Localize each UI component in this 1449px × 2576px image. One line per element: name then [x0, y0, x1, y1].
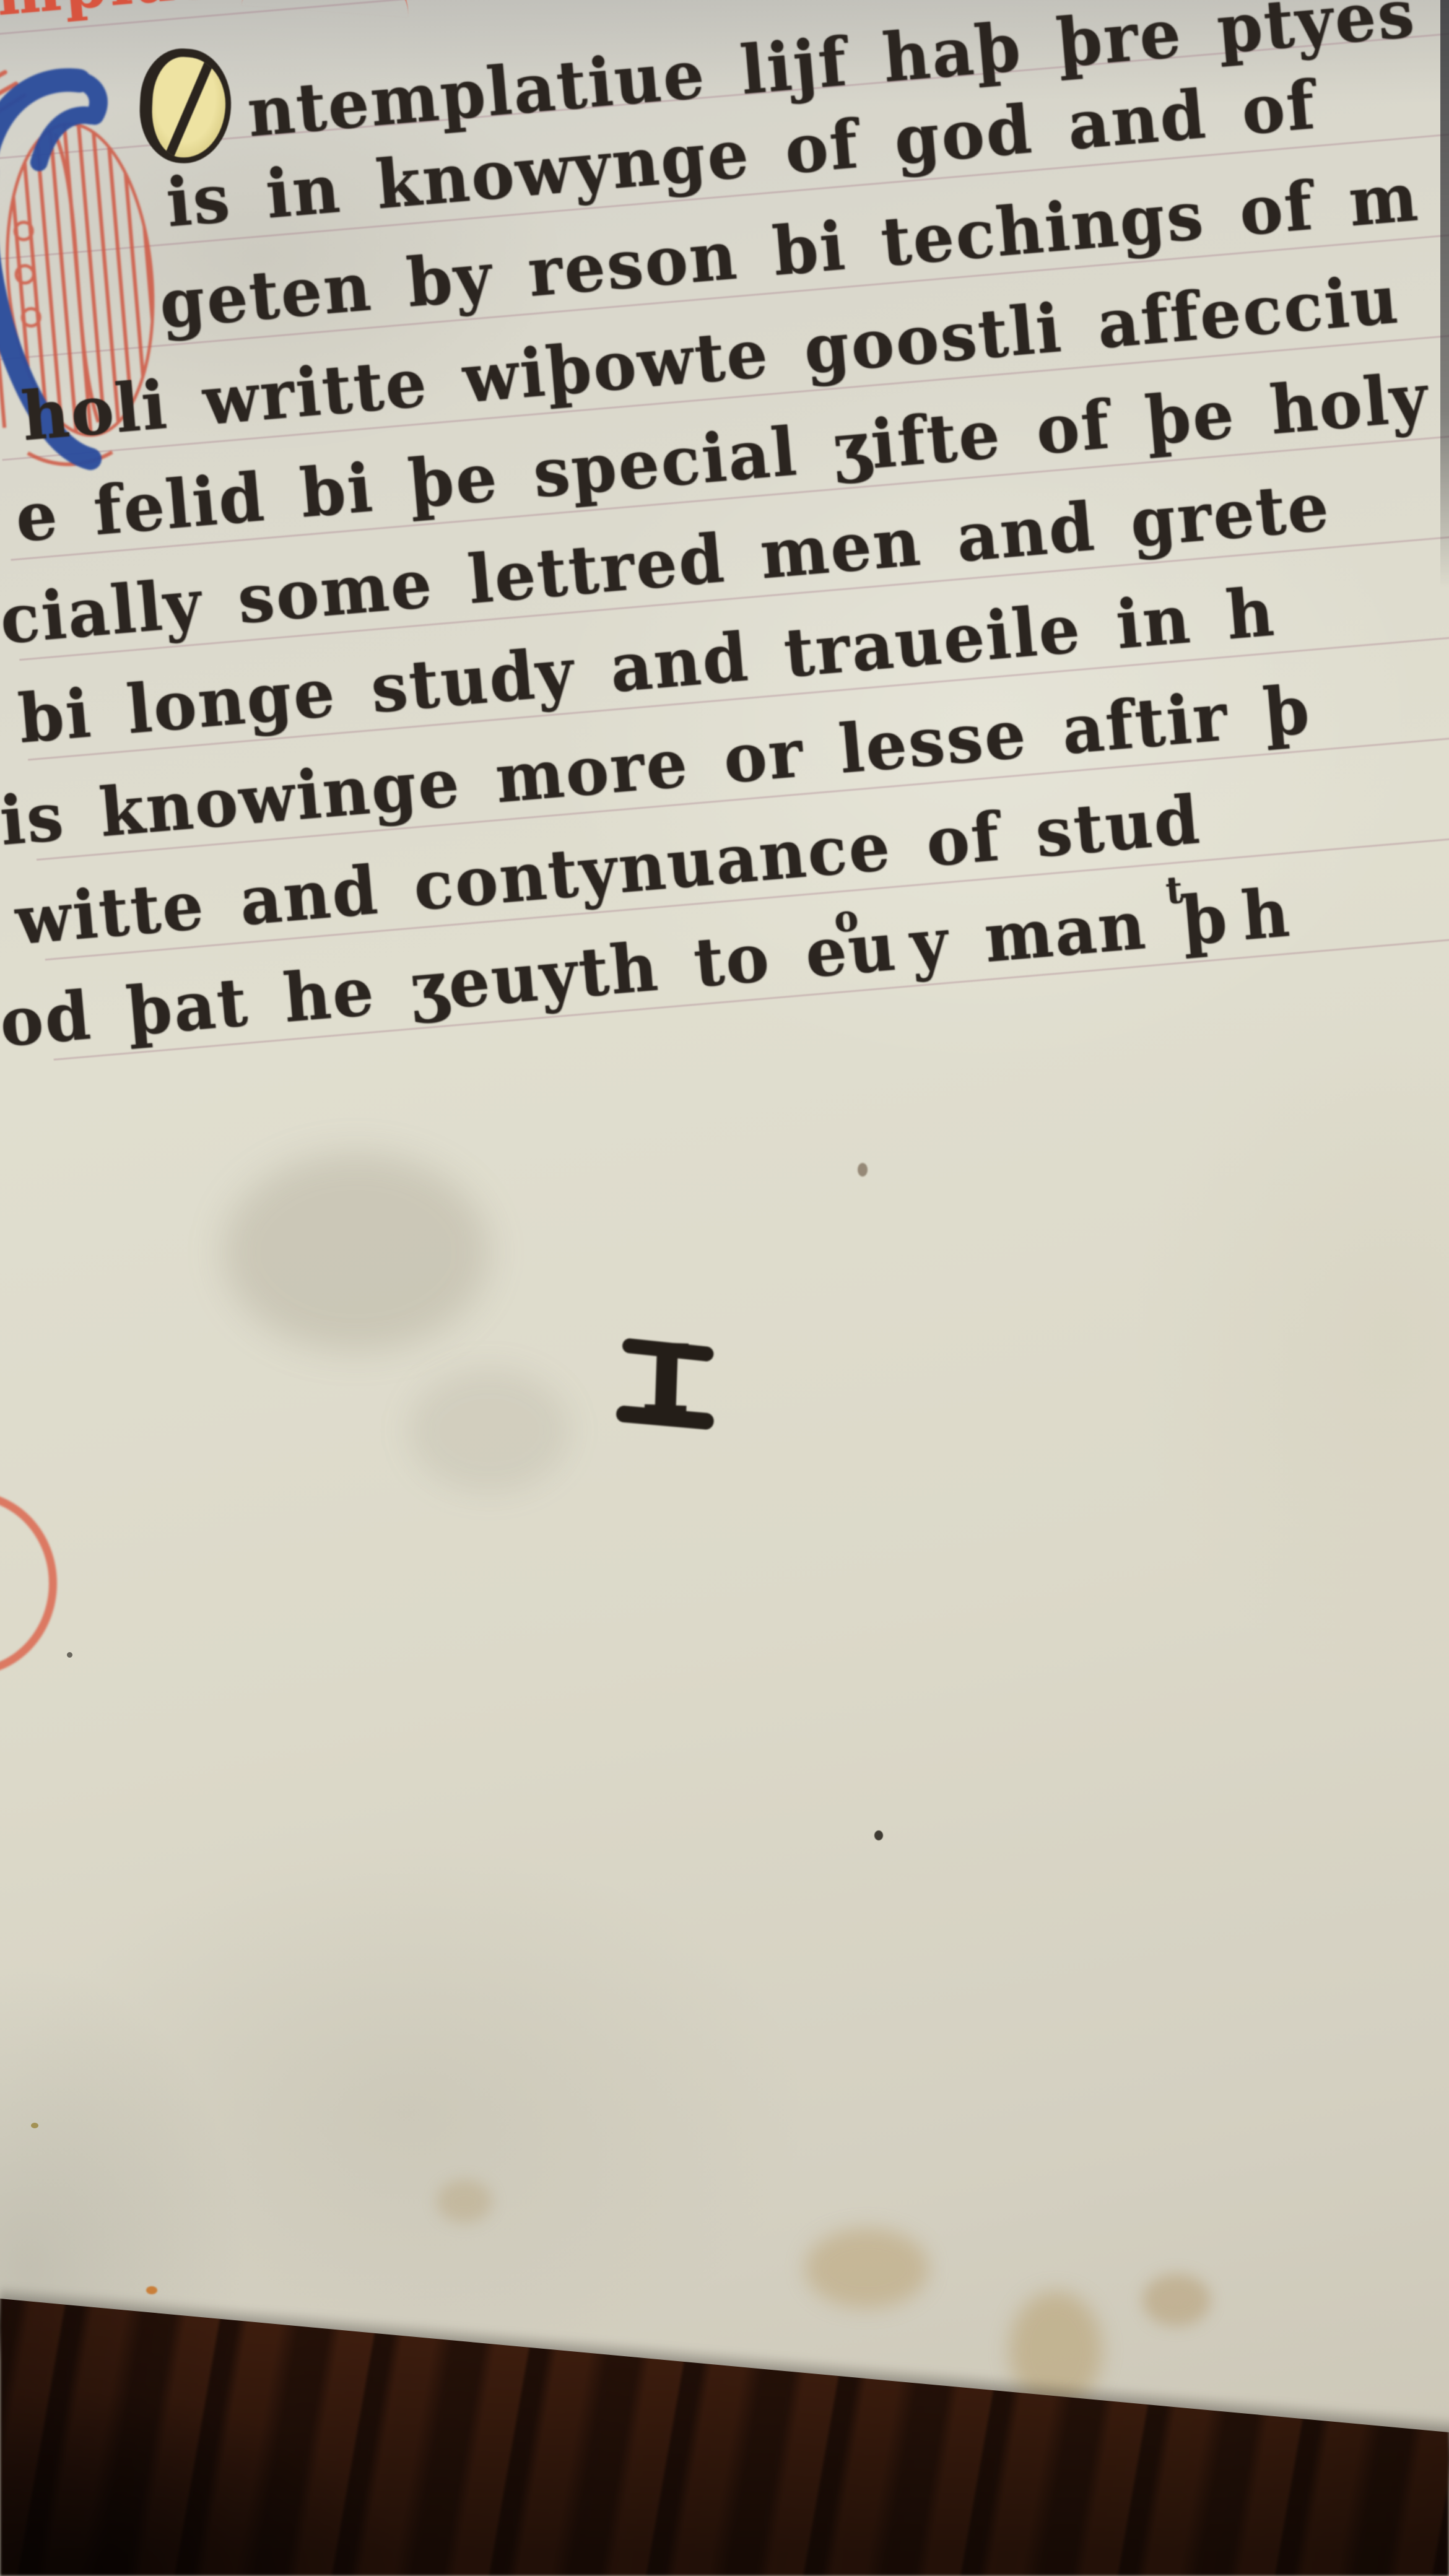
- ink-smudge: [409, 1368, 570, 1492]
- ochre-stain: [1142, 2274, 1211, 2326]
- ink-smudge: [223, 1153, 489, 1351]
- ochre-stain: [805, 2228, 929, 2308]
- line-text: y man þ: [907, 878, 1232, 984]
- line-text: h: [1238, 872, 1294, 955]
- ochre-stain: [437, 2180, 492, 2223]
- manuscript-photo: mplatiue: [0, 0, 1449, 2576]
- ink-dot: [874, 1830, 883, 1840]
- text-block: mplatiue: [0, 0, 1449, 1222]
- speck: [31, 2123, 38, 2128]
- rubric-flourish: [241, 0, 412, 17]
- quire-signature-mark: I: [614, 1329, 723, 1432]
- speck: [146, 2286, 157, 2294]
- speck: [67, 1652, 72, 1658]
- page-edge-shadow: [1440, 0, 1449, 588]
- speck: [858, 1163, 868, 1177]
